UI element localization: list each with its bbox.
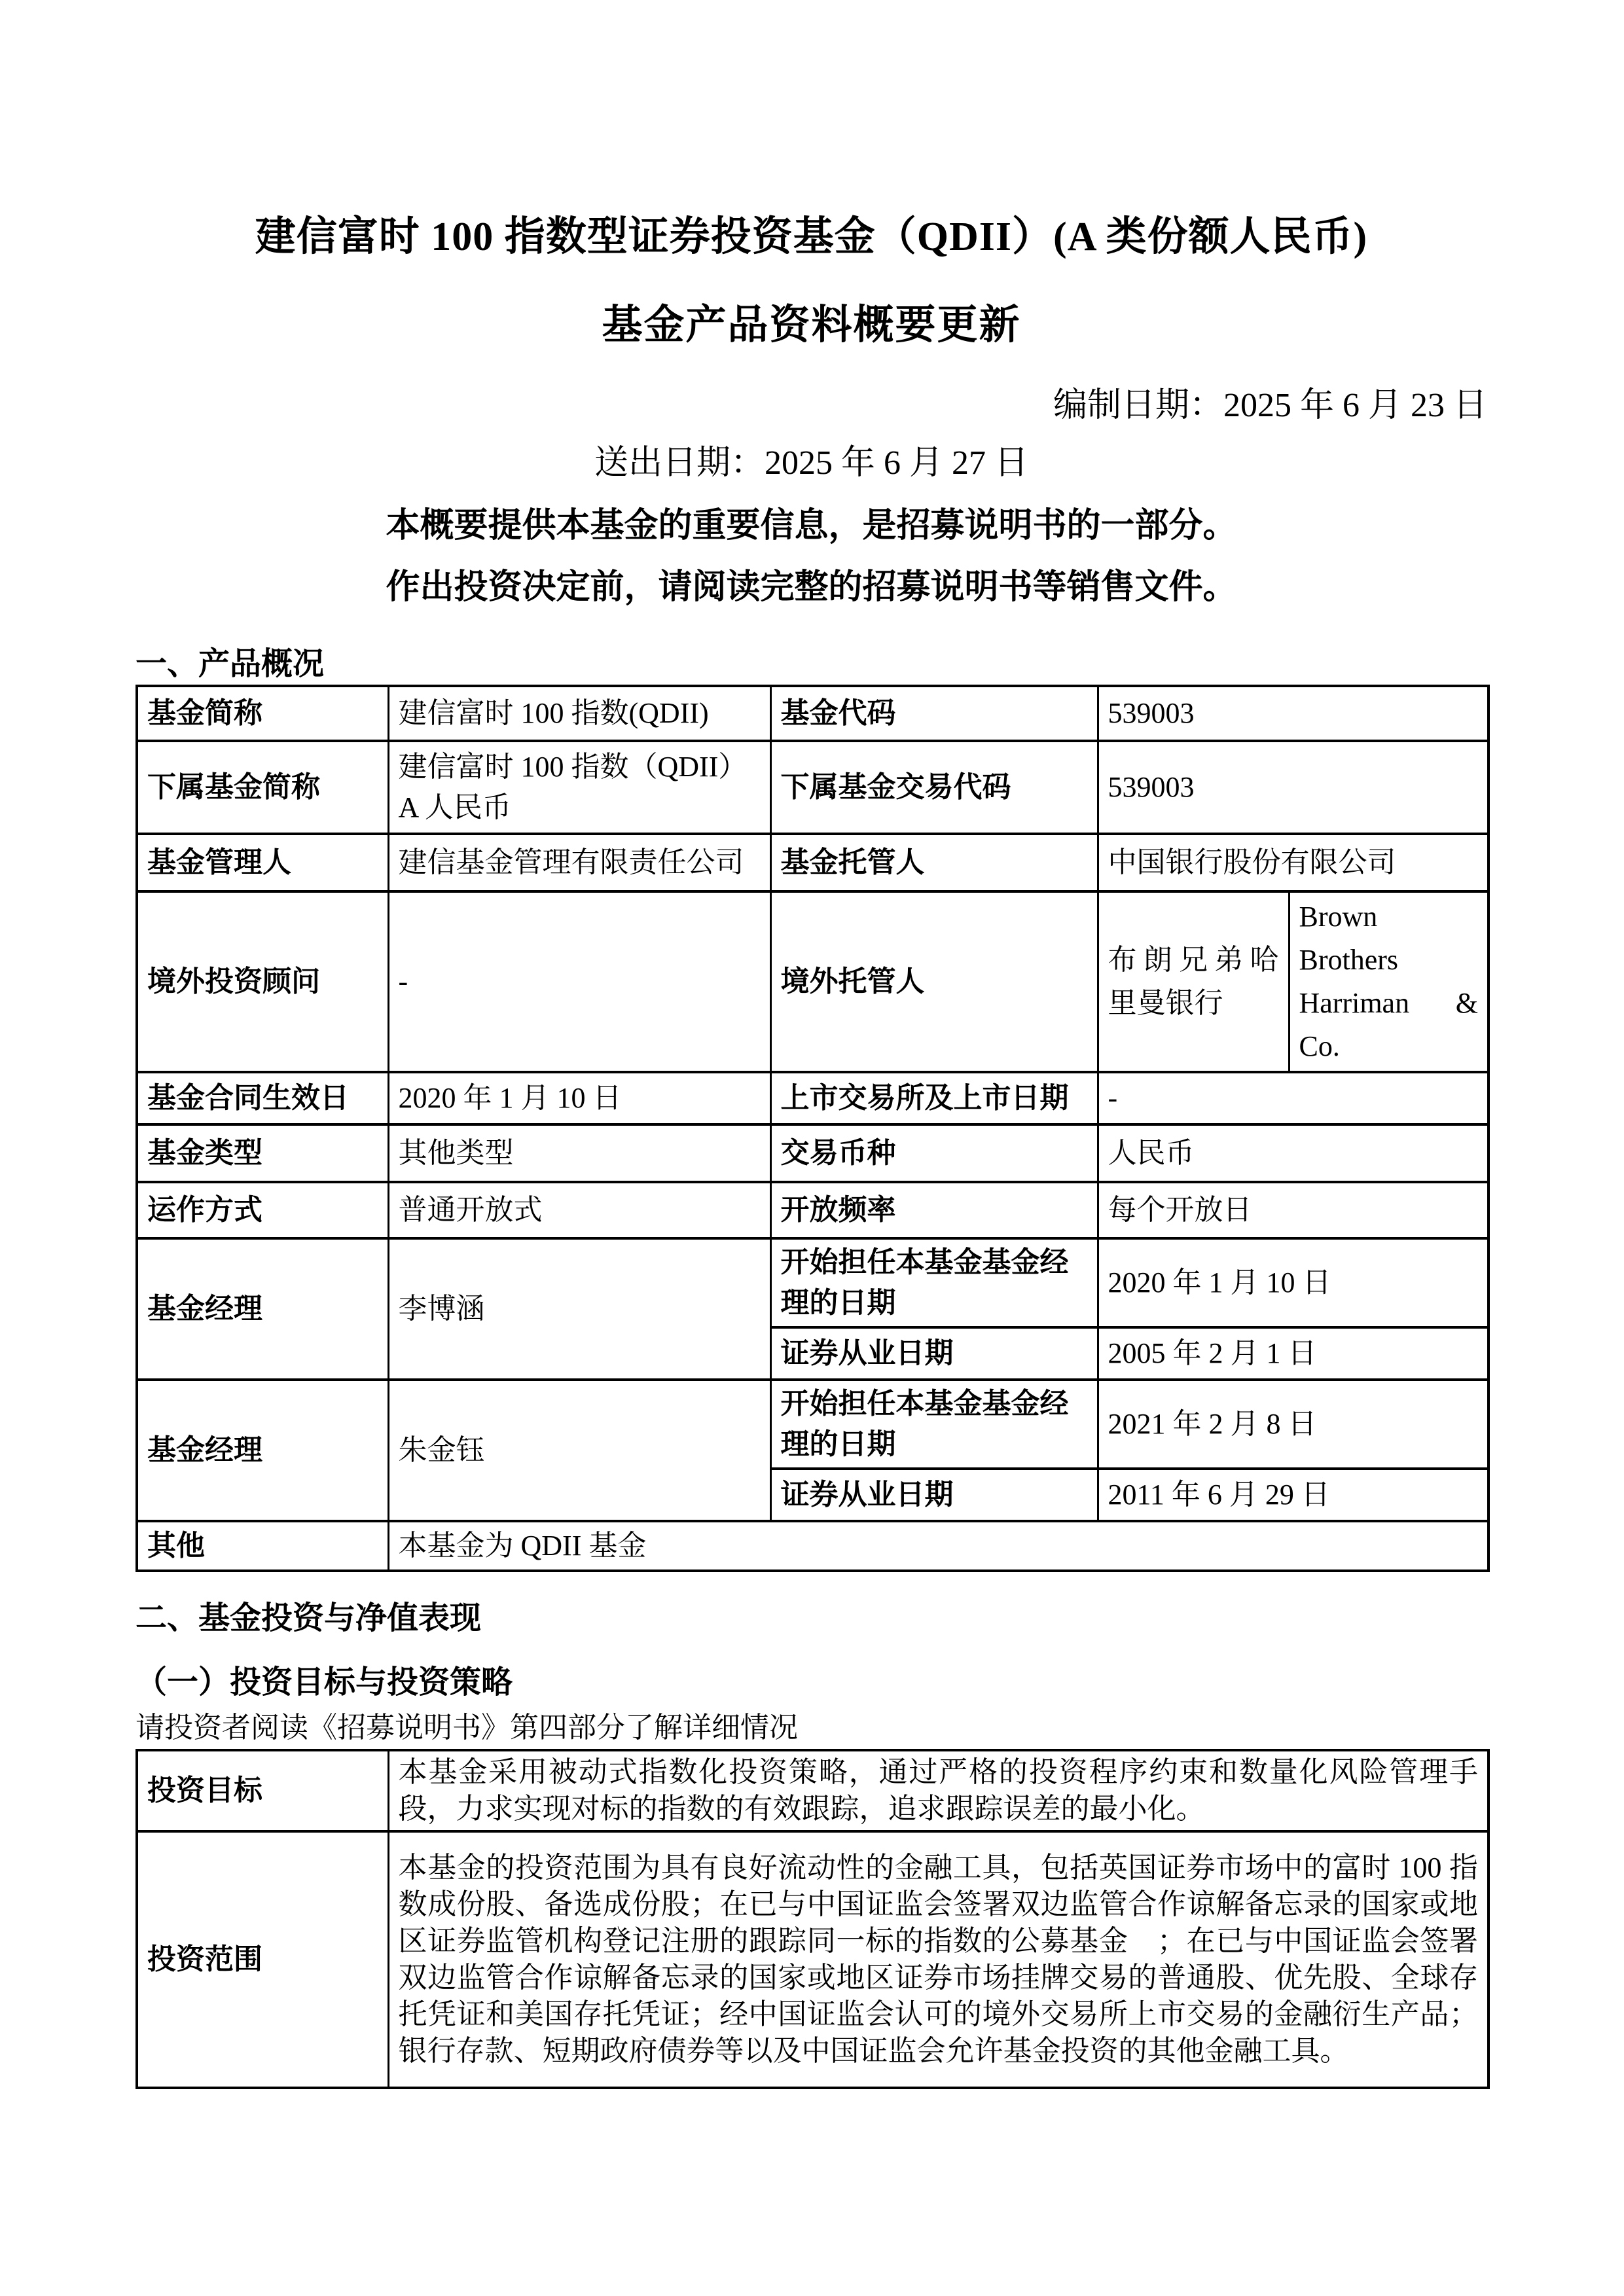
- row-label: 开始担任本基金基金经理的日期: [770, 1238, 1098, 1327]
- row-value: 2020 年 1 月 10 日: [1098, 1238, 1489, 1327]
- notice-line-2: 作出投资决定前，请阅读完整的招募说明书等销售文件。: [135, 569, 1487, 606]
- row-value: 人民币: [1098, 1124, 1489, 1182]
- notice-line-1: 本概要提供本基金的重要信息，是招募说明书的一部分。: [135, 508, 1487, 545]
- row-label: 基金代码: [770, 686, 1098, 741]
- row-value: 建信富时 100 指数(QDII): [388, 686, 770, 741]
- row-value: 普通开放式: [388, 1182, 770, 1238]
- row-label: 交易币种: [770, 1124, 1098, 1182]
- row-value: 建信基金管理有限责任公司: [388, 834, 770, 891]
- prospectus-note: 请投资者阅读《招募说明书》第四部分了解详细情况: [135, 1713, 1487, 1742]
- row-value: 539003: [1098, 741, 1489, 834]
- row-label: 投资目标: [137, 1750, 388, 1831]
- row-label: 下属基金交易代码: [770, 741, 1098, 834]
- table-row: 基金管理人 建信基金管理有限责任公司 基金托管人 中国银行股份有限公司: [137, 834, 1489, 891]
- table-row: 其他 本基金为 QDII 基金: [137, 1521, 1489, 1571]
- table-row: 基金简称 建信富时 100 指数(QDII) 基金代码 539003: [137, 686, 1489, 741]
- row-label: 开始担任本基金基金经理的日期: [770, 1380, 1098, 1469]
- row-value: 中国银行股份有限公司: [1098, 834, 1489, 891]
- section1-heading: 一、产品概况: [135, 648, 1487, 681]
- row-label: 基金简称: [137, 686, 388, 741]
- product-overview-table: 基金简称 建信富时 100 指数(QDII) 基金代码 539003 下属基金简…: [135, 685, 1490, 1572]
- row-label: 投资范围: [137, 1831, 388, 2088]
- table-row: 基金经理 李博涵 开始担任本基金基金经理的日期 2020 年 1 月 10 日: [137, 1238, 1489, 1327]
- row-label: 基金合同生效日: [137, 1072, 388, 1124]
- overseas-custodian-en: Brown Brothers Harriman & Co.: [1289, 891, 1489, 1072]
- section2-heading: 二、基金投资与净值表现: [135, 1602, 1487, 1635]
- row-value: 建信富时 100 指数（QDII）A 人民币: [388, 741, 770, 834]
- row-label: 基金经理: [137, 1238, 388, 1380]
- manager-name: 朱金钰: [388, 1380, 770, 1521]
- row-label: 开放频率: [770, 1182, 1098, 1238]
- overseas-custodian-cn: 布朗兄弟哈里曼银行: [1098, 891, 1289, 1072]
- document-subtitle: 基金产品资料概要更新: [135, 304, 1487, 347]
- row-value: -: [388, 891, 770, 1072]
- row-value: 每个开放日: [1098, 1182, 1489, 1238]
- row-label: 运作方式: [137, 1182, 388, 1238]
- row-label: 境外托管人: [770, 891, 1098, 1072]
- row-label: 基金托管人: [770, 834, 1098, 891]
- table-row: 投资范围 本基金的投资范围为具有良好流动性的金融工具，包括英国证券市场中的富时 …: [137, 1831, 1489, 2088]
- row-label: 基金类型: [137, 1124, 388, 1182]
- row-label: 证券从业日期: [770, 1327, 1098, 1380]
- table-row: 基金类型 其他类型 交易币种 人民币: [137, 1124, 1489, 1182]
- row-value: 其他类型: [388, 1124, 770, 1182]
- investment-table: 投资目标 本基金采用被动式指数化投资策略，通过严格的投资程序约束和数量化风险管理…: [135, 1749, 1490, 2089]
- manager-name: 李博涵: [388, 1238, 770, 1380]
- row-label: 境外投资顾问: [137, 891, 388, 1072]
- row-label: 基金管理人: [137, 834, 388, 891]
- row-value: 本基金为 QDII 基金: [388, 1521, 1489, 1571]
- prepared-date-line: 编制日期：2025 年 6 月 23 日: [135, 387, 1487, 424]
- investment-objective-text: 本基金采用被动式指数化投资策略，通过严格的投资程序约束和数量化风险管理手段，力求…: [388, 1750, 1489, 1831]
- row-value: -: [1098, 1072, 1489, 1124]
- row-value: 2021 年 2 月 8 日: [1098, 1380, 1489, 1469]
- row-value: 2020 年 1 月 10 日: [388, 1072, 770, 1124]
- document-page: 建信富时 100 指数型证券投资基金（QDII）(A 类份额人民币) 基金产品资…: [0, 0, 1624, 2296]
- row-value: 2011 年 6 月 29 日: [1098, 1469, 1489, 1521]
- sent-date-line: 送出日期：2025 年 6 月 27 日: [135, 445, 1487, 482]
- document-title: 建信富时 100 指数型证券投资基金（QDII）(A 类份额人民币): [135, 216, 1487, 259]
- section2-sub-heading: （一）投资目标与投资策略: [135, 1666, 1487, 1699]
- table-row: 境外投资顾问 - 境外托管人 布朗兄弟哈里曼银行 Brown Brothers …: [137, 891, 1489, 1072]
- table-row: 运作方式 普通开放式 开放频率 每个开放日: [137, 1182, 1489, 1238]
- row-value: 539003: [1098, 686, 1489, 741]
- table-row: 基金经理 朱金钰 开始担任本基金基金经理的日期 2021 年 2 月 8 日: [137, 1380, 1489, 1469]
- investment-scope-text: 本基金的投资范围为具有良好流动性的金融工具，包括英国证券市场中的富时 100 指…: [388, 1831, 1489, 2088]
- table-row: 下属基金简称 建信富时 100 指数（QDII）A 人民币 下属基金交易代码 5…: [137, 741, 1489, 834]
- row-label: 证券从业日期: [770, 1469, 1098, 1521]
- row-label: 下属基金简称: [137, 741, 388, 834]
- table-row: 基金合同生效日 2020 年 1 月 10 日 上市交易所及上市日期 -: [137, 1072, 1489, 1124]
- table-row: 投资目标 本基金采用被动式指数化投资策略，通过严格的投资程序约束和数量化风险管理…: [137, 1750, 1489, 1831]
- row-value: 2005 年 2 月 1 日: [1098, 1327, 1489, 1380]
- row-label: 上市交易所及上市日期: [770, 1072, 1098, 1124]
- row-label: 基金经理: [137, 1380, 388, 1521]
- row-label: 其他: [137, 1521, 388, 1571]
